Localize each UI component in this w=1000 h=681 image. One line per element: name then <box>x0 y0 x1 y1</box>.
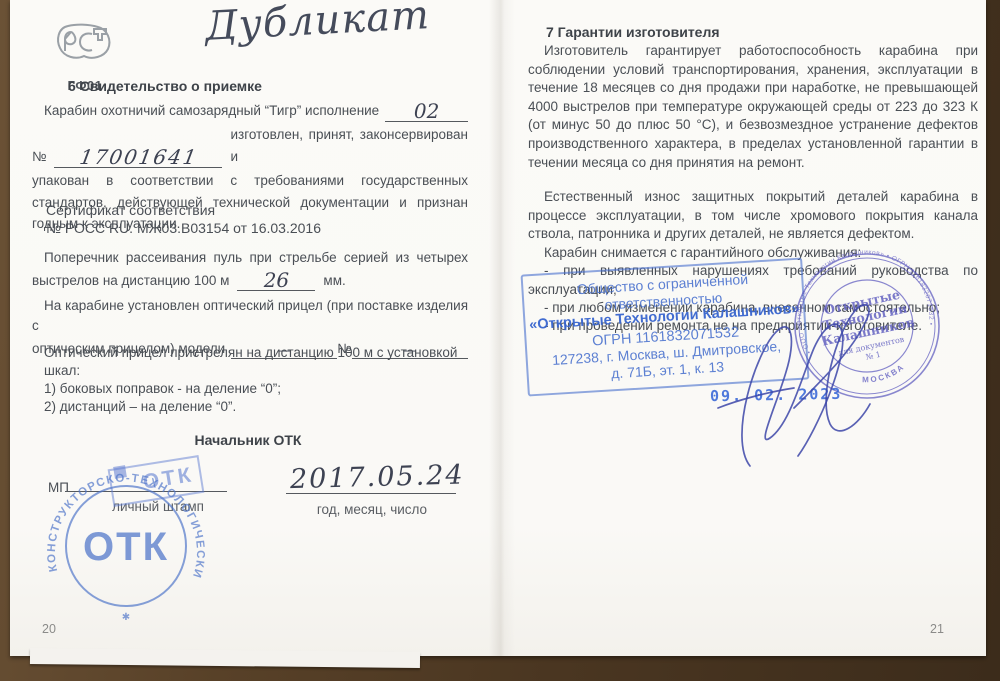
zeroing-item1: 1) боковых поправок - на деление “0”; <box>44 380 474 398</box>
execution-value-handwritten: 02 <box>414 104 439 118</box>
dispersion-block: Поперечник рассеивания пуль при стрельбе… <box>32 248 468 291</box>
date-caption: год, месяц, число <box>292 500 452 520</box>
certificate-line1: Сертификат соответствия <box>46 202 466 220</box>
photo-of-document: ГФ01 Дубликат 6 Свидетельство о приемке … <box>0 0 1000 681</box>
no-sign: № <box>32 146 46 168</box>
handwritten-duplicate-note: Дубликат <box>204 0 431 50</box>
warranty-paragraph1: Изготовитель гарантирует работоспособнос… <box>528 42 978 172</box>
certificate-block: Сертификат соответствия № РОСС RU. МЖ03.… <box>46 202 466 237</box>
zeroing-item2: 2) дистанций – на деление “0”. <box>44 398 474 416</box>
dispersion-line2: выстрелов на дистанцию 100 м <box>32 271 229 291</box>
zeroing-intro: Оптический прицел пристрелян на дистанци… <box>44 344 474 380</box>
zeroing-block: Оптический прицел пристрелян на дистанци… <box>44 344 474 416</box>
date-handwritten: 2017.05.24 <box>290 460 453 495</box>
booklet-spread: ГФ01 Дубликат 6 Свидетельство о приемке … <box>10 0 986 656</box>
left-page-number: 20 <box>42 622 56 636</box>
underlying-page-edge <box>30 648 420 668</box>
section7-title: 7 Гарантии изготовителя <box>546 22 720 42</box>
scope-line1: На карабине установлен оптический прицел… <box>32 296 468 336</box>
acceptance-line2-rest: изготовлен, принят, законсервирован и <box>230 124 468 168</box>
certificate-line2: № РОСС RU. МЖ03.В03154 от 16.03.2016 <box>46 220 466 238</box>
right-page-number: 21 <box>930 622 944 636</box>
rst-logo-icon <box>54 20 116 72</box>
warranty-paragraph2: Естественный износ защитных покрытий дет… <box>528 188 978 244</box>
section6-title: 6 Свидетельство о приемке <box>68 76 262 96</box>
page-fold-shadow <box>489 0 515 656</box>
dispersion-unit: мм. <box>323 271 345 291</box>
dispersion-line1: Поперечник рассеивания пуль при стрельбе… <box>32 248 468 268</box>
signature <box>698 288 888 488</box>
otk-round-stamp: КОНСТРУКТОРСКО-ТЕХНОЛОГИЧЕСКИЙ ЦЕНТР ОТК… <box>38 458 214 634</box>
acceptance-line1: Карабин охотничий самозарядный “Тигр” ис… <box>32 100 379 122</box>
dispersion-value-handwritten: 26 <box>264 273 289 287</box>
otk-round-stamp-center-text: ОТК <box>83 525 169 569</box>
serial-number-handwritten: 17001641 <box>78 150 198 164</box>
otk-round-stamp-star: ✱ <box>122 612 130 623</box>
otk-chief-label: Начальник ОТК <box>30 430 466 450</box>
